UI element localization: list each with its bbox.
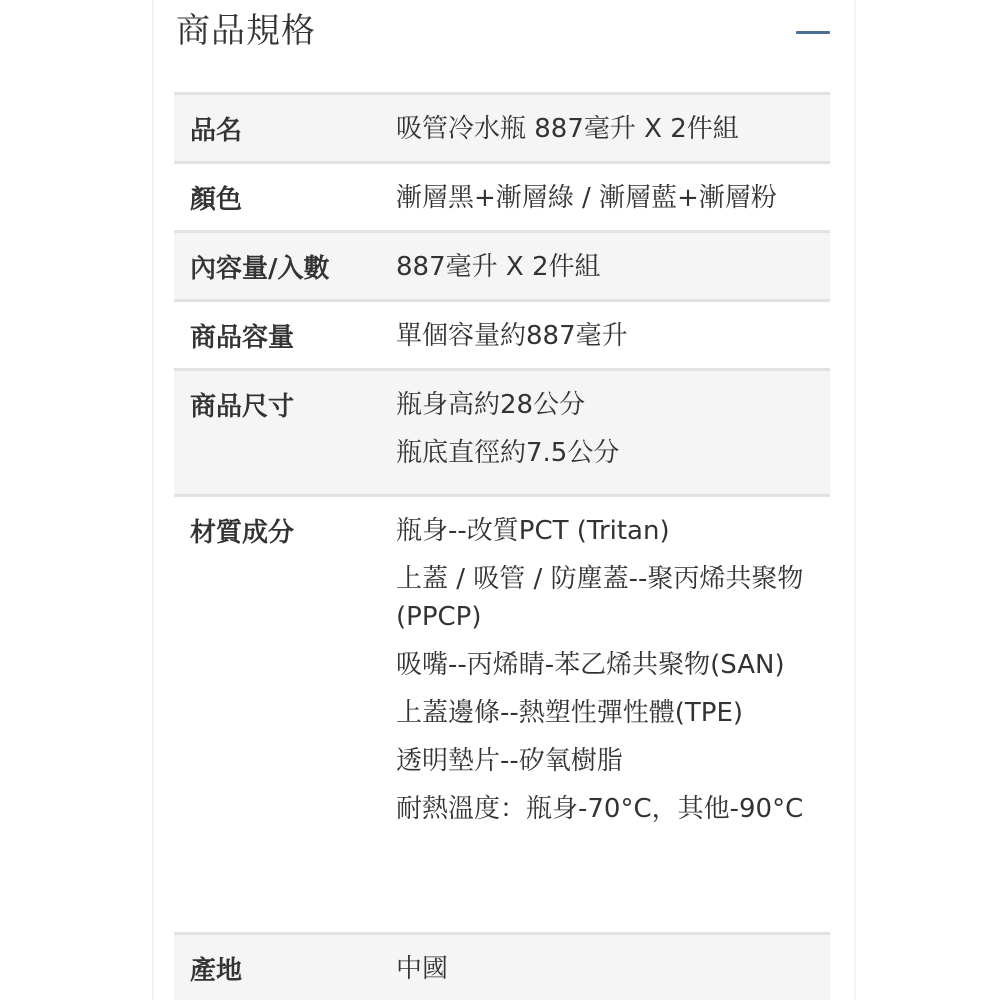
- section-title: 商品規格: [176, 8, 316, 54]
- spec-value: 漸層黑+漸層綠 / 漸層藍+漸層粉: [396, 164, 830, 230]
- spec-value-line: 中國: [396, 950, 830, 988]
- spec-label: 內容量/入數: [174, 233, 396, 299]
- spec-label: 品名: [174, 95, 396, 161]
- spec-value-line: 透明墊片--矽氧樹脂: [396, 742, 830, 780]
- spec-label: 商品容量: [174, 302, 396, 368]
- spec-value: 中國: [396, 935, 830, 1000]
- spec-value-line: 單個容量約887毫升: [396, 317, 830, 355]
- spec-panel: 商品規格 品名 吸管冷水瓶 887毫升 X 2件組 顏色 漸層黑+漸層綠 / 漸…: [152, 0, 856, 1000]
- minus-icon: [796, 31, 830, 34]
- section-header: 商品規格: [174, 0, 830, 92]
- spec-row-size: 商品尺寸 瓶身高約28公分 瓶底直徑約7.5公分: [174, 368, 830, 494]
- spec-row-name: 品名 吸管冷水瓶 887毫升 X 2件組: [174, 92, 830, 161]
- spec-value: 887毫升 X 2件組: [396, 233, 830, 299]
- spec-label: 顏色: [174, 164, 396, 230]
- spec-value-line: 887毫升 X 2件組: [396, 248, 830, 286]
- collapse-button[interactable]: [794, 18, 834, 46]
- spec-row-content: 內容量/入數 887毫升 X 2件組: [174, 230, 830, 299]
- spec-row-material: 材質成分 瓶身--改質PCT (Tritan) 上蓋 / 吸管 / 防塵蓋--聚…: [174, 494, 830, 932]
- spec-value-line: 上蓋邊條--熱塑性彈性體(TPE): [396, 694, 830, 732]
- spec-value-line: 吸嘴--丙烯睛-苯乙烯共聚物(SAN): [396, 646, 830, 684]
- spec-value-line: 吸管冷水瓶 887毫升 X 2件組: [396, 110, 830, 148]
- spec-value-line: 漸層黑+漸層綠 / 漸層藍+漸層粉: [396, 179, 830, 217]
- spec-value-line: 瓶身--改質PCT (Tritan): [396, 512, 830, 550]
- spec-row-capacity: 商品容量 單個容量約887毫升: [174, 299, 830, 368]
- spec-value: 瓶身--改質PCT (Tritan) 上蓋 / 吸管 / 防塵蓋--聚丙烯共聚物…: [396, 497, 830, 932]
- spec-value: 吸管冷水瓶 887毫升 X 2件組: [396, 95, 830, 161]
- spec-value-line: 上蓋 / 吸管 / 防塵蓋--聚丙烯共聚物(PPCP): [396, 560, 830, 636]
- spec-row-color: 顏色 漸層黑+漸層綠 / 漸層藍+漸層粉: [174, 161, 830, 230]
- spec-value-line: 瓶身高約28公分: [396, 386, 830, 424]
- spec-label: 材質成分: [174, 497, 396, 932]
- spec-label: 產地: [174, 935, 396, 1000]
- spec-value-line: 瓶底直徑約7.5公分: [396, 434, 830, 472]
- spec-table: 品名 吸管冷水瓶 887毫升 X 2件組 顏色 漸層黑+漸層綠 / 漸層藍+漸層…: [174, 92, 830, 1000]
- spec-value-line: 耐熱溫度：瓶身-70°C，其他-90°C: [396, 790, 830, 828]
- spec-label: 商品尺寸: [174, 371, 396, 494]
- spec-value: 單個容量約887毫升: [396, 302, 830, 368]
- spec-row-origin: 產地 中國: [174, 932, 830, 1000]
- spec-value: 瓶身高約28公分 瓶底直徑約7.5公分: [396, 371, 830, 494]
